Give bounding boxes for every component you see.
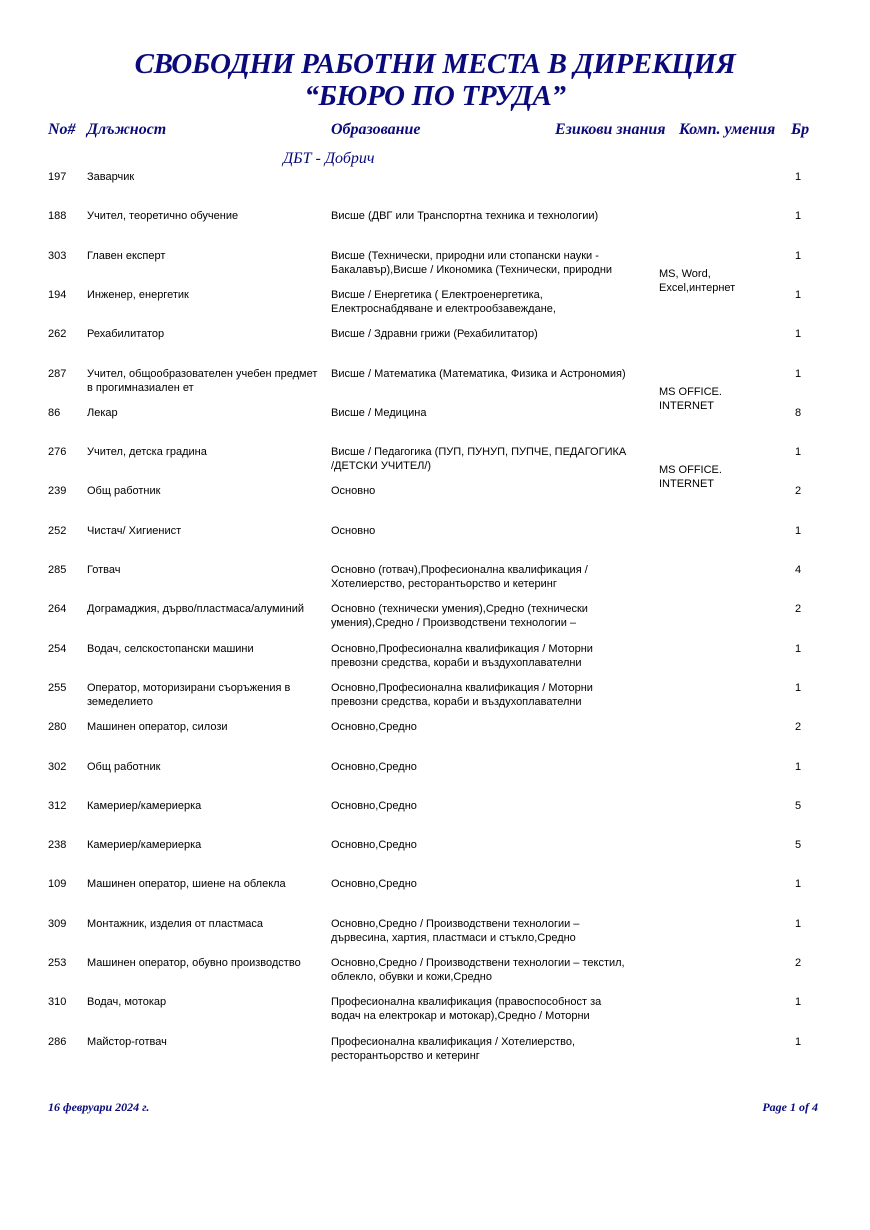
job-number: 188 — [48, 209, 84, 223]
job-number: 287 — [48, 367, 84, 381]
job-number: 253 — [48, 956, 84, 970]
job-count: 2 — [795, 484, 807, 498]
job-position: Учител, общообразователен учебен предмет… — [87, 367, 322, 395]
job-position: Машинен оператор, шиене на облекла — [87, 877, 322, 891]
job-count: 1 — [795, 760, 807, 774]
job-education: Основно,Средно — [331, 799, 631, 813]
table-row: 188Учител, теоретично обучениеВисше (ДВГ… — [0, 209, 870, 247]
table-row: 262РехабилитаторВисше / Здравни грижи (Р… — [0, 327, 870, 365]
table-row: 303Главен експертВисше (Технически, прир… — [0, 249, 870, 287]
table-row: 238Камериер/камериеркаОсновно,Средно5 — [0, 838, 870, 876]
job-count: 5 — [795, 799, 807, 813]
job-count: 1 — [795, 367, 807, 381]
table-row: 239Общ работникОсновно2 — [0, 484, 870, 522]
table-row: 252Чистач/ ХигиенистОсновно1 — [0, 524, 870, 562]
job-education: Основно (готвач),Професионална квалифика… — [331, 563, 631, 591]
table-row: 255Оператор, моторизирани съоръжения в з… — [0, 681, 870, 719]
job-position: Главен експерт — [87, 249, 322, 263]
job-position: Учител, теоретично обучение — [87, 209, 322, 223]
job-position: Инженер, енергетик — [87, 288, 322, 302]
job-position: Монтажник, изделия от пластмаса — [87, 917, 322, 931]
job-number: 312 — [48, 799, 84, 813]
table-row: 197Заварчик1 — [0, 170, 870, 208]
table-row: 194Инженер, енергетикВисше / Енергетика … — [0, 288, 870, 326]
job-education: Професионална квалификация / Хотелиерств… — [331, 1035, 631, 1063]
job-education: Висше / Енергетика ( Електроенергетика, … — [331, 288, 631, 316]
job-number: 194 — [48, 288, 84, 302]
job-count: 4 — [795, 563, 807, 577]
page-title-line1: СВОБОДНИ РАБОТНИ МЕСТА В ДИРЕКЦИЯ — [0, 48, 870, 80]
job-count: 1 — [795, 170, 807, 184]
job-position: Машинен оператор, обувно производство — [87, 956, 322, 970]
job-number: 302 — [48, 760, 84, 774]
job-number: 303 — [48, 249, 84, 263]
column-header-count: Бр — [791, 121, 809, 139]
job-position: Оператор, моторизирани съоръжения в земе… — [87, 681, 322, 709]
job-education: Висше / Педагогика (ПУП, ПУНУП, ПУПЧЕ, П… — [331, 445, 631, 473]
job-count: 1 — [795, 877, 807, 891]
job-count: 1 — [795, 445, 807, 459]
job-position: Рехабилитатор — [87, 327, 322, 341]
job-count: 2 — [795, 720, 807, 734]
table-row: 254Водач, селскостопански машиниОсновно,… — [0, 642, 870, 680]
job-position: Водач, мотокар — [87, 995, 322, 1009]
job-count: 2 — [795, 602, 807, 616]
job-count: 1 — [795, 995, 807, 1009]
job-education: Висше / Здравни грижи (Рехабилитатор) — [331, 327, 631, 341]
job-number: 254 — [48, 642, 84, 656]
table-row: 286Майстор-готвачПрофесионална квалифика… — [0, 1035, 870, 1073]
job-count: 1 — [795, 249, 807, 263]
job-position: Майстор-готвач — [87, 1035, 322, 1049]
job-count: 1 — [795, 917, 807, 931]
job-position: Камериер/камериерка — [87, 838, 322, 852]
job-education: Висше / Математика (Математика, Физика и… — [331, 367, 631, 381]
table-row: 86ЛекарВисше / Медицина8 — [0, 406, 870, 444]
job-education: Висше (Технически, природни или стопанск… — [331, 249, 631, 277]
job-number: 255 — [48, 681, 84, 695]
job-count: 1 — [795, 288, 807, 302]
table-row: 280Машинен оператор, силозиОсновно,Средн… — [0, 720, 870, 758]
job-position: Готвач — [87, 563, 322, 577]
job-education: Висше / Медицина — [331, 406, 631, 420]
table-row: 264Дограмаджия, дърво/пластмаса/алуминий… — [0, 602, 870, 640]
job-number: 310 — [48, 995, 84, 1009]
job-number: 262 — [48, 327, 84, 341]
job-position: Общ работник — [87, 760, 322, 774]
job-count: 1 — [795, 524, 807, 538]
job-number: 109 — [48, 877, 84, 891]
job-number: 286 — [48, 1035, 84, 1049]
footer-date: 16 февруари 2024 г. — [48, 1100, 149, 1115]
job-number: 86 — [48, 406, 84, 420]
job-education: Висше (ДВГ или Транспортна техника и тех… — [331, 209, 631, 223]
table-row: 285ГотвачОсновно (готвач),Професионална … — [0, 563, 870, 601]
job-education: Основно,Средно — [331, 720, 631, 734]
job-count: 2 — [795, 956, 807, 970]
job-number: 197 — [48, 170, 84, 184]
job-education: Основно,Професионална квалификация / Мот… — [331, 642, 631, 670]
section-heading: ДБТ - Добрич — [283, 150, 375, 168]
job-education: Основно,Професионална квалификация / Мот… — [331, 681, 631, 709]
job-position: Учител, детска градина — [87, 445, 322, 459]
job-number: 309 — [48, 917, 84, 931]
table-row: 309Монтажник, изделия от пластмасаОсновн… — [0, 917, 870, 955]
job-number: 280 — [48, 720, 84, 734]
column-header-education: Образование — [331, 121, 421, 139]
job-education: Основно,Средно — [331, 838, 631, 852]
job-position: Камериер/камериерка — [87, 799, 322, 813]
job-position: Чистач/ Хигиенист — [87, 524, 322, 538]
table-row: 253Машинен оператор, обувно производство… — [0, 956, 870, 994]
footer-page-number: Page 1 of 4 — [762, 1100, 818, 1115]
job-count: 1 — [795, 1035, 807, 1049]
job-number: 239 — [48, 484, 84, 498]
table-row: 276Учител, детска градинаВисше / Педагог… — [0, 445, 870, 483]
job-count: 1 — [795, 681, 807, 695]
job-count: 8 — [795, 406, 807, 420]
job-education: Основно,Средно / Производствени технолог… — [331, 917, 631, 945]
page-title-line2: “БЮРО ПО ТРУДА” — [0, 80, 870, 112]
job-education: Основно,Средно — [331, 760, 631, 774]
job-number: 238 — [48, 838, 84, 852]
table-row: 109Машинен оператор, шиене на облеклаОсн… — [0, 877, 870, 915]
job-position: Дограмаджия, дърво/пластмаса/алуминий — [87, 602, 322, 616]
job-education: Основно,Средно / Производствени технолог… — [331, 956, 631, 984]
job-number: 276 — [48, 445, 84, 459]
column-header-no: No# — [48, 121, 76, 139]
job-position: Машинен оператор, силози — [87, 720, 322, 734]
job-education: Основно (технически умения),Средно (техн… — [331, 602, 631, 630]
job-position: Заварчик — [87, 170, 322, 184]
job-position: Водач, селскостопански машини — [87, 642, 322, 656]
column-header-languages: Езикови знания — [555, 121, 666, 139]
job-education: Основно — [331, 524, 631, 538]
job-count: 1 — [795, 209, 807, 223]
job-count: 1 — [795, 642, 807, 656]
job-education: Основно — [331, 484, 631, 498]
job-count: 5 — [795, 838, 807, 852]
job-number: 264 — [48, 602, 84, 616]
job-number: 252 — [48, 524, 84, 538]
job-position: Общ работник — [87, 484, 322, 498]
job-position: Лекар — [87, 406, 322, 420]
table-row: 287Учител, общообразователен учебен пред… — [0, 367, 870, 405]
column-header-position: Длъжност — [87, 121, 166, 139]
table-row: 302Общ работникОсновно,Средно1 — [0, 760, 870, 798]
job-number: 285 — [48, 563, 84, 577]
job-count: 1 — [795, 327, 807, 341]
job-education: Професионална квалификация (правоспособн… — [331, 995, 631, 1023]
table-row: 312Камериер/камериеркаОсновно,Средно5 — [0, 799, 870, 837]
column-header-computer-skills: Комп. умения — [679, 121, 775, 139]
table-row: 310Водач, мотокарПрофесионална квалифика… — [0, 995, 870, 1033]
job-education: Основно,Средно — [331, 877, 631, 891]
